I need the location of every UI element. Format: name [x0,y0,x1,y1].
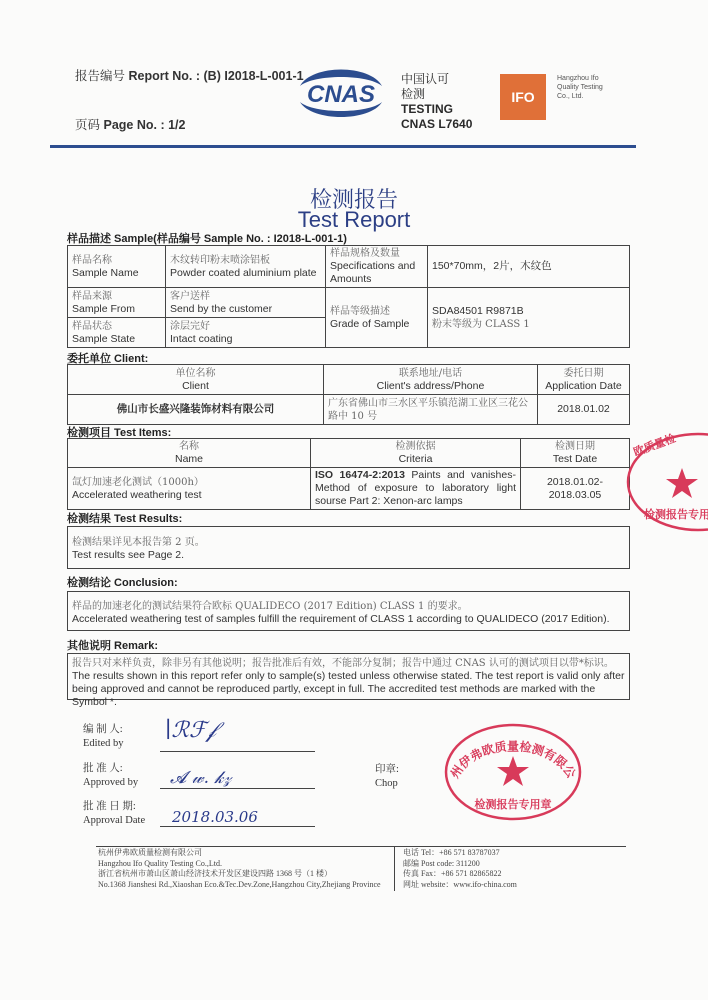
ifo-caption-2: Quality Testing [557,83,603,92]
editor-signature: ∣ℛℱ𝒻 [165,718,216,743]
client-name: 佛山市长盛兴隆装饰材料有限公司 [68,395,324,425]
table-row: 佛山市长盛兴隆装饰材料有限公司 广东省佛山市三水区平乐镇范湖工业区三花公路中 1… [68,395,630,425]
table-row: 氙灯加速老化测试（1000h）Accelerated weathering te… [68,468,630,510]
spec-value: 150*70mm，2片，木纹色 [428,246,630,288]
remark-box: 报告只对来样负责，除非另有其他说明；报告批准后有效，不能部分复制；报告中通过 C… [67,653,630,700]
results-text-en: Test results see Page 2. [72,549,625,562]
application-date-header: 委托日期Application Date [538,365,630,395]
report-number-label: Report No. : [129,69,201,83]
report-number-cn-label: 报告编号 [75,69,125,83]
approved-by-label: 批 准 人:Approved by [83,762,138,790]
approval-date-label: 批 准 日 期:Approval Date [83,800,145,828]
cnas-line-2: 检测 [401,87,472,102]
table-row: 样品来源Sample From 客户送样Send by the customer… [68,288,630,318]
footer-address-en: No.1368 Jianshesi Rd.,Xiaoshan Eco.&Tec.… [98,880,381,891]
approved-by-line [160,788,315,789]
edited-by-line [160,751,315,752]
page-number-cn-label: 页码 [75,118,100,132]
results-text-cn: 检测结果详见本报告第 2 页。 [72,536,625,549]
footer-address-cn: 浙江省杭州市萧山区萧山经济技术开发区建设四路 1368 号（1 楼） [98,869,381,880]
edited-by-label: 编 制 人:Edited by [83,723,124,751]
company-stamp-icon: 杭州伊弗欧质量检测有限公司 检测报告专用章 [443,722,583,822]
ifo-caption-3: Co., Ltd. [557,92,603,101]
ifo-company-caption: Hangzhou Ifo Quality Testing Co., Ltd. [557,74,603,101]
partial-stamp-icon: 欧质量检 检测报告专用 [612,430,708,535]
sample-state-value: 涂层完好Intact coating [166,318,326,348]
svg-text:CNAS: CNAS [307,81,375,108]
cnas-logo-icon: CNAS [292,62,390,124]
remark-text-cn: 报告只对来样负责，除非另有其他说明；报告批准后有效，不能部分复制；报告中通过 C… [72,657,625,670]
svg-text:检测报告专用: 检测报告专用 [644,507,708,521]
sample-section-label: 样品描述 Sample(样品编号 Sample No. : I2018-L-00… [67,230,347,246]
results-section-label: 检测结果 Test Results: [67,510,182,526]
page-number-label: Page No. : [104,118,165,132]
remark-section-label: 其他说明 Remark: [67,637,158,653]
footer-company-cn: 杭州伊弗欧质量检测有限公司 [98,848,381,859]
report-number-value: (B) I2018-L-001-1 [204,69,304,83]
sample-name-value: 木纹转印粉末喷涂铝板Powder coated aluminium plate [166,246,326,288]
client-table: 单位名称Client 联系地址/电话Client's address/Phone… [67,364,630,425]
sample-from-label: 样品来源Sample From [68,288,166,318]
application-date: 2018.01.02 [538,395,630,425]
sample-from-value: 客户送样Send by the customer [166,288,326,318]
table-row: 样品名称Sample Name 木纹转印粉末喷涂铝板Powder coated … [68,246,630,288]
remark-text-en: The results shown in this report refer o… [72,670,625,709]
footer-contact-info: 电话 Tel：+86 571 83787037 邮编 Post code: 31… [403,848,517,890]
cnas-line-4: CNAS L7640 [401,117,472,132]
client-header: 单位名称Client [68,365,324,395]
page-number-value: 1/2 [168,118,185,132]
ifo-logo-icon: IFO [500,74,546,120]
ifo-caption-1: Hangzhou Ifo [557,74,603,83]
test-items-table: 名称Name 检测依据Criteria 检测日期Test Date 氙灯加速老化… [67,438,630,510]
spec-label: 样品规格及数量Specifications and Amounts [326,246,428,288]
footer-company-info: 杭州伊弗欧质量检测有限公司 Hangzhou Ifo Quality Testi… [98,848,381,890]
conclusion-text-cn: 样品的加速老化的测试结果符合欧标 QUALIDECO (2017 Edition… [72,600,625,613]
table-header-row: 单位名称Client 联系地址/电话Client's address/Phone… [68,365,630,395]
footer-divider [96,846,626,847]
conclusion-section-label: 检测结论 Conclusion: [67,574,178,590]
conclusion-box: 样品的加速老化的测试结果符合欧标 QUALIDECO (2017 Edition… [67,591,630,631]
table-header-row: 名称Name 检测依据Criteria 检测日期Test Date [68,439,630,468]
footer-column-divider [394,846,395,891]
report-number: 报告编号 Report No. : (B) I2018-L-001-1 [75,66,304,84]
sample-table: 样品名称Sample Name 木纹转印粉末喷涂铝板Powder coated … [67,245,630,348]
sample-name-label: 样品名称Sample Name [68,246,166,288]
grade-label: 样品等级描述Grade of Sample [326,288,428,348]
svg-text:欧质量检: 欧质量检 [631,430,678,459]
test-name: 氙灯加速老化测试（1000h）Accelerated weathering te… [68,468,311,510]
footer-post-code: 邮编 Post code: 311200 [403,859,517,870]
page-number: 页码 Page No. : 1/2 [75,115,186,133]
footer-tel: 电话 Tel：+86 571 83787037 [403,848,517,859]
name-header: 名称Name [68,439,311,468]
cnas-line-1: 中国认可 [401,72,472,87]
approver-signature: 𝓐 𝓌. 𝓀𝓏 [170,768,231,788]
address-header: 联系地址/电话Client's address/Phone [324,365,538,395]
approval-date-line [160,826,315,827]
cnas-accreditation-text: 中国认可 检测 TESTING CNAS L7640 [401,72,472,132]
footer-website[interactable]: 网址 website：www.ifo-china.com [403,880,517,891]
svg-text:检测报告专用章: 检测报告专用章 [475,797,552,811]
cnas-line-3: TESTING [401,102,472,117]
sample-state-label: 样品状态Sample State [68,318,166,348]
footer-company-en: Hangzhou Ifo Quality Testing Co.,Ltd. [98,859,381,870]
test-criteria: ISO 16474-2:2013 Paints and vanishes-Met… [311,468,521,510]
footer-fax: 传真 Fax：+86 571 82865822 [403,869,517,880]
conclusion-text-en: Accelerated weathering test of samples f… [72,613,625,626]
criteria-header: 检测依据Criteria [311,439,521,468]
chop-label: 印章:Chop [375,763,399,791]
approval-date-value: 2018.03.06 [172,808,258,826]
header-divider [50,145,636,148]
client-address: 广东省佛山市三水区平乐镇范湖工业区三花公路中 10 号 [324,395,538,425]
grade-value: SDA84501 R9871B粉末等级为 CLASS 1 [428,288,630,348]
results-box: 检测结果详见本报告第 2 页。 Test results see Page 2. [67,526,630,569]
